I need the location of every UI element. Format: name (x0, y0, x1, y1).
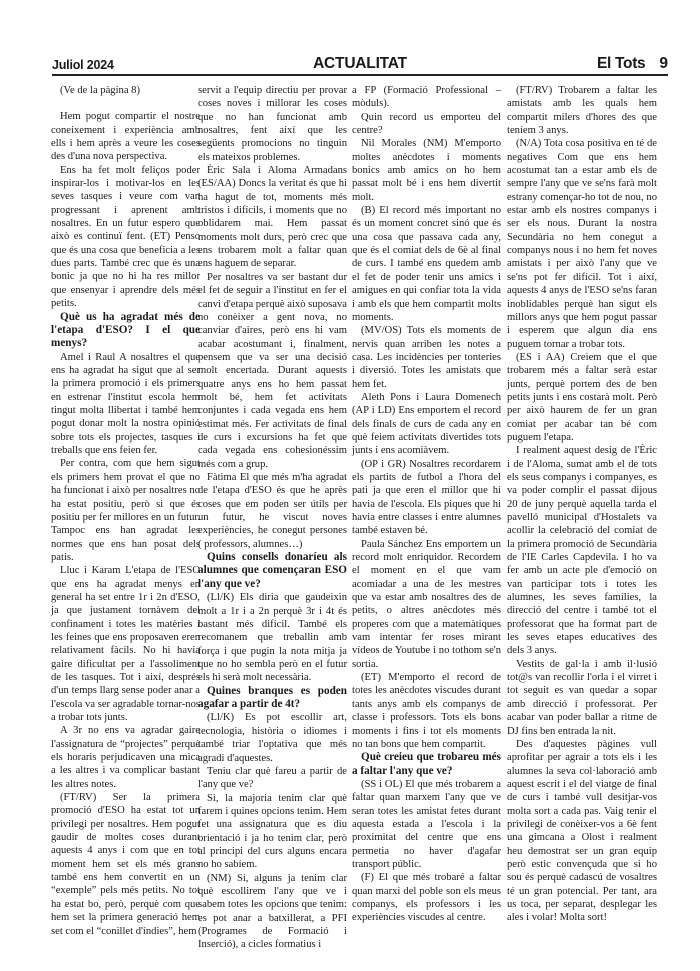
interview-question: Què us ha agradat més de l'etapa d'ESO? … (51, 311, 200, 351)
article-paragraph: Èric Sala i Aloma Armadans (ES/AA) Doncs… (198, 164, 347, 271)
article-paragraph: Nil Morales (NM) M'emporto moltes anècdo… (352, 137, 501, 204)
article-column-4: (FT/RV) Trobarem a faltar les amistats a… (507, 84, 657, 925)
article-paragraph: I realment aquest desig de l'Èric i de l… (507, 444, 657, 658)
article-paragraph: Vestits de gal·la i amb il·lusió tot@s v… (507, 658, 657, 738)
article-paragraph: Amel i Raul A nosaltres el que ens ha ag… (51, 351, 200, 458)
article-paragraph: (NM) Si, alguns ja tenim clar què escoll… (198, 872, 347, 952)
article-paragraph: Quin record us emporteu del centre? (352, 111, 501, 138)
article-paragraph: (F) El que més trobaré a faltar quan mar… (352, 871, 501, 924)
publication-name: El Tots (597, 55, 645, 72)
article-paragraph: Si, la majoria tenim clar què farem i qu… (198, 792, 347, 872)
article-paragraph: (ES i AA) Creiem que el que trobarem més… (507, 351, 657, 444)
article-paragraph: a FP (Formació Professional – mòduls). (352, 84, 501, 111)
section-title: ACTUALITAT (52, 55, 668, 73)
article-paragraph: (N/A) Tota cosa positiva en té de negati… (507, 137, 657, 351)
page-number: 9 (659, 55, 668, 72)
article-paragraph: (SS i OL) El que més trobarem a faltar q… (352, 778, 501, 871)
interview-question: Quins consells donaríeu als alumnes que … (198, 551, 347, 591)
article-paragraph: A 3r no ens va agradar gaire l'assignatu… (51, 724, 200, 791)
article-paragraph: (Ll/K) Els diria que gaudeixin molt a 1r… (198, 591, 347, 684)
article-paragraph: (OP i GR) Nosaltres recordarem els parti… (352, 458, 501, 538)
continued-from-note: (Ve de la pàgina 8) (51, 84, 200, 97)
article-paragraph: Per contra, com que hem sigut els primer… (51, 457, 200, 564)
article-column-2: servit a l'equip directiu per provar cos… (198, 84, 347, 952)
article-paragraph: (Ll/K) Es pot escollir art, tecnologia, … (198, 711, 347, 764)
article-paragraph: Fàtima El que més m'ha agradat de l'etap… (198, 471, 347, 551)
article-paragraph: (ET) M'emporto el record de totes les an… (352, 671, 501, 751)
interview-question: Quines branques es poden agafar a partir… (198, 685, 347, 712)
publication-info: El Tots9 (597, 55, 668, 73)
article-column-3: a FP (Formació Professional – mòduls).Qu… (352, 84, 501, 925)
interview-question: Què creieu que trobareu més a faltar l'a… (352, 751, 501, 778)
article-paragraph: Paula Sánchez Ens emportem un record mol… (352, 538, 501, 671)
article-paragraph: (FT/RV) Ser la primera promoció d'ESO ha… (51, 791, 200, 938)
article-column-1: (Ve de la pàgina 8)Hem pogut compartir e… (51, 84, 200, 938)
article-paragraph: Teniu clar què fareu a partir de l'any q… (198, 765, 347, 792)
article-paragraph: Aleth Pons i Laura Domenech (AP i LD) En… (352, 391, 501, 458)
article-paragraph: (MV/OS) Tots els moments de nervis quan … (352, 324, 501, 391)
page-header: Juliol 2024 ACTUALITAT El Tots9 (52, 52, 668, 76)
article-paragraph: (FT/RV) Trobarem a faltar les amistats a… (507, 84, 657, 137)
article-paragraph: (B) El record més important no és un mom… (352, 204, 501, 324)
article-paragraph: Per nosaltres va ser bastant dur el fet … (198, 271, 347, 471)
article-paragraph: Lluc i Karam L'etapa de l'ESO que ens ha… (51, 564, 200, 724)
article-paragraph: servit a l'equip directiu per provar cos… (198, 84, 347, 164)
article-paragraph: Des d'aquestes pàgines vull aprofitar pe… (507, 738, 657, 925)
article-paragraph: Ens ha fet molt feliços poder inspirar-l… (51, 164, 200, 311)
article-paragraph: Hem pogut compartir el nostre coneixemen… (51, 110, 200, 163)
